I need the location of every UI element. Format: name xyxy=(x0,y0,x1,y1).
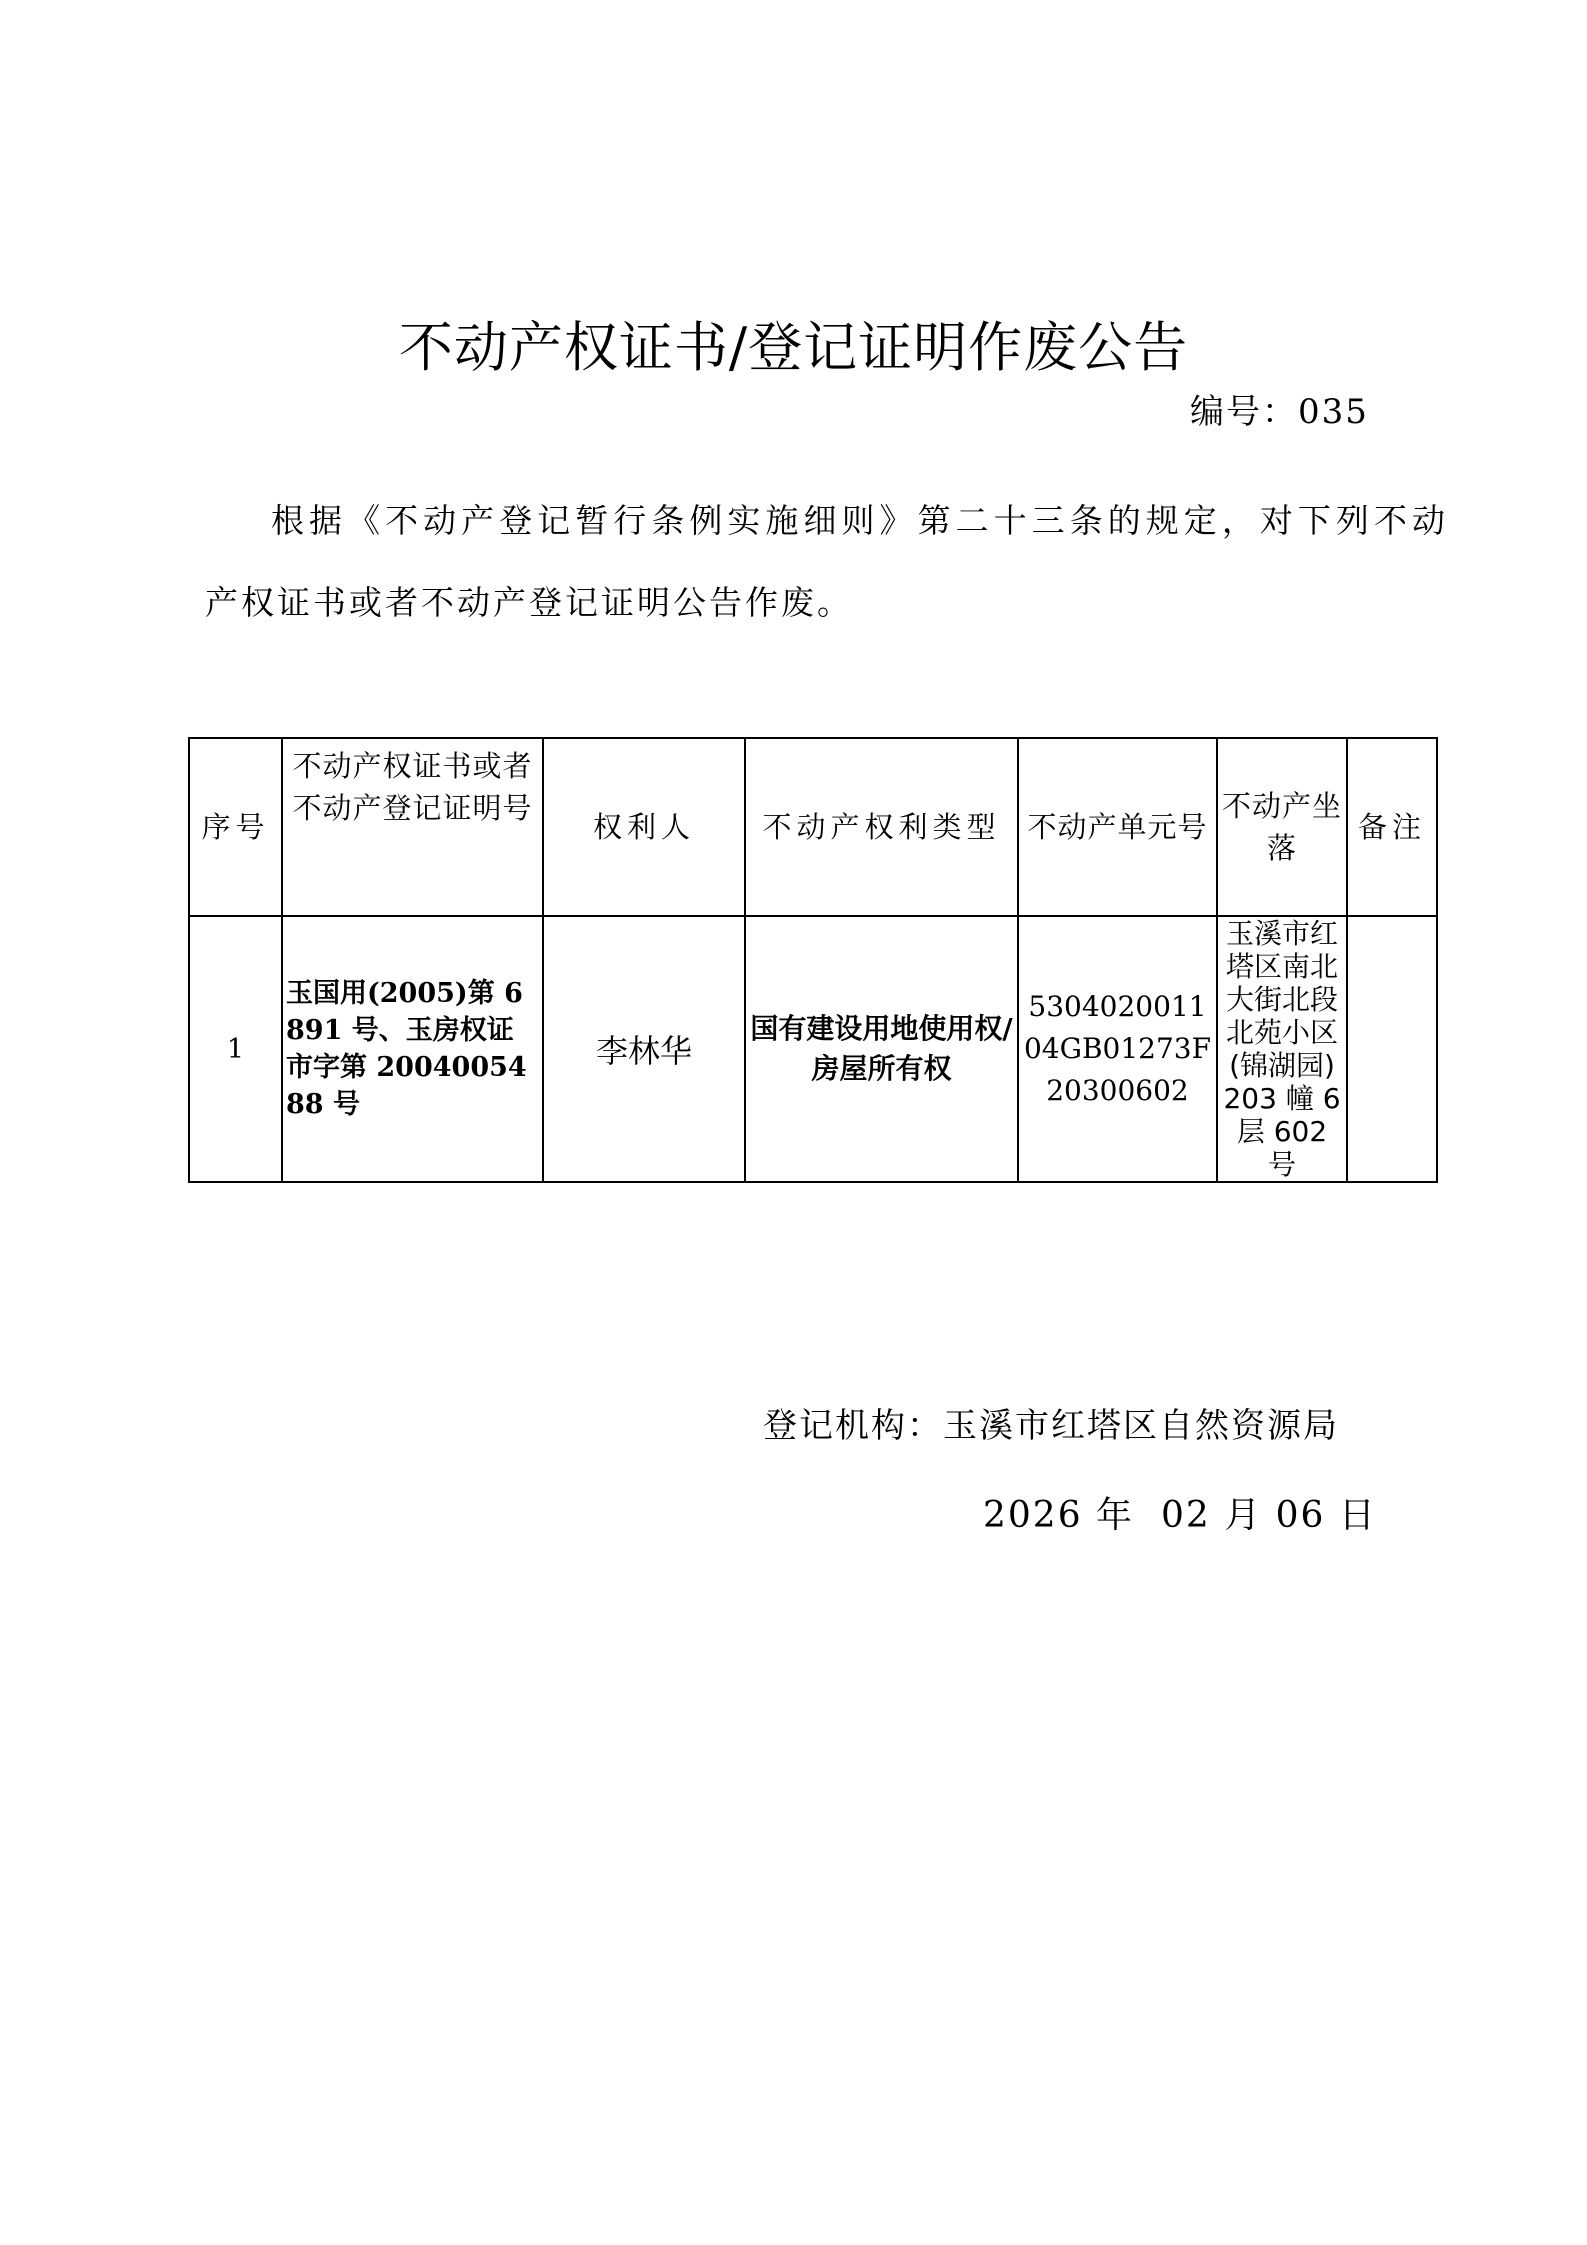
doc-number: 编号：035 xyxy=(1190,384,1369,433)
col-header-location: 不动产坐落 xyxy=(1217,738,1347,916)
certificates-table: 序号 不动产权证书或者不动产登记证明号 权利人 不动产权利类型 不动产单元号 不… xyxy=(188,737,1438,1183)
col-header-right-type: 不动产权利类型 xyxy=(745,738,1018,916)
table-row: 1 玉国用(2005)第 6891 号、玉房权证市字第 2004005488 号… xyxy=(189,916,1437,1182)
cell-location: 玉溪市红塔区南北大街北段北苑小区(锦湖园)203 幢 6 层 602 号 xyxy=(1217,916,1347,1182)
cell-unit-no: 530402001104GB01273F20300602 xyxy=(1018,916,1217,1182)
cell-holder: 李林华 xyxy=(543,916,745,1182)
col-header-seq: 序号 xyxy=(189,738,282,916)
page-title: 不动产权证书/登记证明作废公告 xyxy=(0,317,1587,379)
cell-seq: 1 xyxy=(189,916,282,1182)
cell-right-type: 国有建设用地使用权/房屋所有权 xyxy=(745,916,1018,1182)
footer-date: 2026 年 02 月 06 日 xyxy=(983,1487,1377,1538)
cell-certificate-no: 玉国用(2005)第 6891 号、玉房权证市字第 2004005488 号 xyxy=(282,916,543,1182)
notice-page: 不动产权证书/登记证明作废公告 编号：035 根据《不动产登记暂行条例实施细则》… xyxy=(0,0,1587,2245)
cell-remark xyxy=(1347,916,1437,1182)
footer-registrar: 登记机构：玉溪市红塔区自然资源局 xyxy=(763,1398,1339,1447)
col-header-unit-no: 不动产单元号 xyxy=(1018,738,1217,916)
notice-paragraph-line-2: 产权证书或者不动产登记证明公告作废。 xyxy=(205,580,1445,626)
col-header-remark: 备注 xyxy=(1347,738,1437,916)
col-header-holder: 权利人 xyxy=(543,738,745,916)
table-header-row: 序号 不动产权证书或者不动产登记证明号 权利人 不动产权利类型 不动产单元号 不… xyxy=(189,738,1437,916)
notice-paragraph-line-1: 根据《不动产登记暂行条例实施细则》第二十三条的规定，对下列不动 xyxy=(205,498,1445,544)
col-header-certificate-no: 不动产权证书或者不动产登记证明号 xyxy=(282,738,543,916)
